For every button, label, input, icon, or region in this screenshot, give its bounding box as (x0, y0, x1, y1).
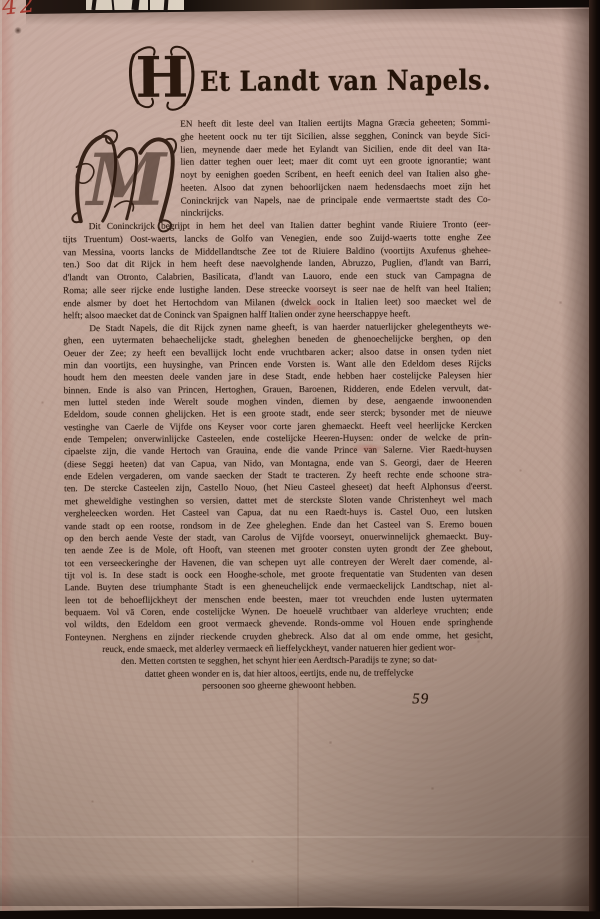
page-number: 59 (412, 691, 429, 708)
paragraph-3: De Stadt Napels, die dit Rijck zynen nam… (63, 320, 493, 693)
handwritten-annotation: 42 (1, 0, 38, 21)
book-edge-right (589, 0, 600, 919)
ink-smudge (294, 302, 328, 314)
ink-spot-blemish (14, 27, 22, 34)
binding-mark (148, 0, 150, 11)
title-initial-letter: H (135, 45, 188, 111)
adjacent-page-sliver (86, 0, 184, 10)
text-line: EN heeft dit leste deel van Italien eert… (180, 116, 490, 130)
paragraph-3-lines: De Stadt Napels, die dit Rijck zynen nam… (63, 320, 493, 643)
paragraph-2-lines: Dit Coninckrijck begrijpt in hem het dee… (63, 218, 491, 309)
right-shadow (561, 0, 589, 919)
title-drop-cap-H-icon: H (124, 41, 200, 113)
paragraph-1-lines: EN heeft dit leste deel van Italien eert… (180, 116, 490, 207)
page-content: H Et Landt van Napels. M EN heeft dit le… (0, 0, 600, 919)
paragraph-drop-cap-M-icon: M (70, 123, 183, 234)
binding-mark (131, 0, 139, 10)
text-line: ende alsmer by doet het Hertochdom van M… (63, 294, 491, 309)
paragraph-1: EN heeft dit leste deel van Italien eert… (180, 116, 491, 220)
book-page-scan: H Et Landt van Napels. M EN heeft dit le… (0, 0, 600, 919)
text-line: den. Metten cortsten te segghen, het sch… (65, 653, 493, 668)
text-line: heeten. Alsoo dat zynen behoorlijcken na… (181, 180, 491, 194)
paragraph-2: Dit Coninckrijck begrijpt in hem het dee… (63, 218, 492, 322)
binding-mark (111, 0, 114, 11)
ink-smudge (350, 443, 386, 453)
paragraph-initial-letter: M (83, 137, 168, 222)
text-line: noyt by eenighen goeden Scribent, en hee… (180, 167, 490, 181)
paper-fold-line (297, 645, 299, 907)
paragraph-3-tapered-lines: reuck, ende smaeck, met alderley vermaec… (65, 641, 493, 693)
paper-crease (0, 836, 600, 838)
page-title: Et Landt van Napels. (200, 65, 461, 98)
text-line: ghe heetent oock nu ter tijt Sicilien, a… (180, 129, 490, 143)
binding-mark (91, 0, 96, 10)
text-line: Coninckrijck van Napels, nae de principa… (181, 192, 491, 206)
bottom-shadow (0, 874, 600, 906)
